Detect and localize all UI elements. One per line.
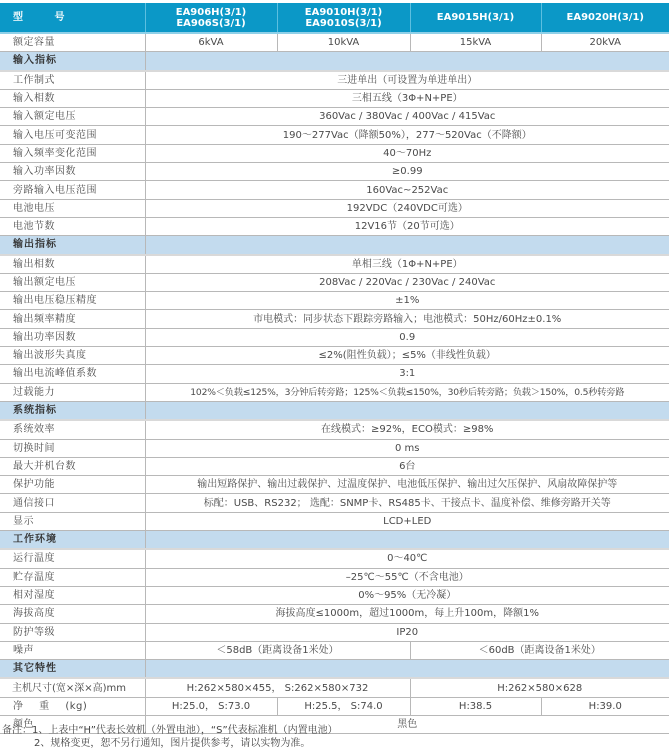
model-name: EA906H(3/1): [146, 7, 277, 18]
row-value: 6kVA: [145, 33, 277, 52]
model-col-2: EA9010H(3/1)EA9010S(3/1): [277, 3, 410, 33]
row-label: 工作制式: [0, 71, 145, 90]
row-value: 0 ms: [145, 439, 669, 457]
table-row: 噪声＜58dB（距离设备1米处）＜60dB（距离设备1米处）: [0, 641, 669, 659]
table-row: 系统效率在线模式：≥92%，ECO模式：≥98%: [0, 420, 669, 439]
table-row: 海拔高度海拔高度≤1000m，超过1000m，每上升100m，降额1%: [0, 605, 669, 623]
model-name: EA906S(3/1): [146, 18, 277, 29]
row-value: H:262×580×628: [410, 678, 669, 697]
row-label: 输出电压稳压精度: [0, 292, 145, 310]
row-label: 系统效率: [0, 420, 145, 439]
note-2: 2、规格变更，恕不另行通知，图片提供参考，请以实物为准。: [2, 737, 338, 749]
section-header: 工作环境: [0, 531, 669, 550]
section-header: 系统指标: [0, 401, 669, 420]
table-row: 输出功率因数0.9: [0, 328, 669, 346]
table-row: 输出电流峰值系数3:1: [0, 365, 669, 383]
row-value: 0～40℃: [145, 549, 669, 568]
row-label: 输入频率变化范围: [0, 144, 145, 162]
row-label: 保护功能: [0, 476, 145, 494]
row-value: ＜60dB（距离设备1米处）: [410, 641, 669, 659]
table-row: 输入功率因数≥0.99: [0, 163, 669, 181]
row-label: 切换时间: [0, 439, 145, 457]
section-fill: [145, 236, 669, 255]
row-value: LCD+LED: [145, 512, 669, 530]
table-row: 输出额定电压208Vac / 220Vac / 230Vac / 240Vac: [0, 273, 669, 291]
row-label: 运行温度: [0, 549, 145, 568]
section-header: 输出指标: [0, 236, 669, 255]
section-title: 其它特性: [0, 660, 145, 679]
section-title: 工作环境: [0, 531, 145, 550]
row-value: 市电模式：同步状态下跟踪旁路输入；电池模式：50Hz/60Hz±0.1%: [145, 310, 669, 328]
table-row: 输出电压稳压精度±1%: [0, 292, 669, 310]
row-label: 额定容量: [0, 33, 145, 52]
note-1: 备注：1、上表中“H”代表长效机（外置电池），“S”代表标准机（内置电池）: [2, 724, 338, 737]
row-value: IP20: [145, 623, 669, 641]
row-label: 通信接口: [0, 494, 145, 512]
table-row: 切换时间0 ms: [0, 439, 669, 457]
row-label: 输入相数: [0, 89, 145, 107]
table-row: 输入相数三相五线（3Φ+N+PE）: [0, 89, 669, 107]
section-fill: [145, 660, 669, 679]
row-value: 208Vac / 220Vac / 230Vac / 240Vac: [145, 273, 669, 291]
table-row: 旁路输入电压范围160Vac~252Vac: [0, 181, 669, 199]
row-value: 标配：USB、RS232； 选配：SNMP卡、RS485卡、干接点卡、温度补偿、…: [145, 494, 669, 512]
row-value: 6台: [145, 457, 669, 475]
row-value: 0%～95%（无冷凝）: [145, 586, 669, 604]
row-value: 190～277Vac（降额50%），277～520Vac（不降额）: [145, 126, 669, 144]
section-title: 输入指标: [0, 52, 145, 71]
model-name: EA9010H(3/1): [278, 7, 410, 18]
table-row: 电池节数12V16节（20节可选）: [0, 217, 669, 235]
row-value: 192VDC（240VDC可选）: [145, 199, 669, 217]
row-label: 过载能力: [0, 383, 145, 401]
row-value: 海拔高度≤1000m，超过1000m，每上升100m，降额1%: [145, 605, 669, 623]
row-label: 输入功率因数: [0, 163, 145, 181]
table-row: 通信接口标配：USB、RS232； 选配：SNMP卡、RS485卡、干接点卡、温…: [0, 494, 669, 512]
row-value: ≥0.99: [145, 163, 669, 181]
row-value: 40～70Hz: [145, 144, 669, 162]
row-label: 相对湿度: [0, 586, 145, 604]
row-value: H:39.0: [541, 697, 669, 715]
row-label: 输入电压可变范围: [0, 126, 145, 144]
table-row: 电池电压192VDC（240VDC可选）: [0, 199, 669, 217]
row-value: 102%＜负载≤125%，3分钟后转旁路；125%＜负载≤150%，30秒后转旁…: [145, 383, 669, 401]
row-label: 输出电流峰值系数: [0, 365, 145, 383]
table-row: 输出相数单相三线（1Φ+N+PE）: [0, 255, 669, 274]
section-header: 其它特性: [0, 660, 669, 679]
header-row: 型 号 EA906H(3/1)EA906S(3/1) EA9010H(3/1)E…: [0, 3, 669, 33]
table-row: 运行温度0～40℃: [0, 549, 669, 568]
row-label: 输出额定电压: [0, 273, 145, 291]
table-row: 贮存温度–25℃～55℃（不含电池）: [0, 568, 669, 586]
table-row: 保护功能输出短路保护、输出过载保护、过温度保护、电池低压保护、输出过欠压保护、风…: [0, 476, 669, 494]
row-value: 在线模式：≥92%，ECO模式：≥98%: [145, 420, 669, 439]
section-fill: [145, 401, 669, 420]
row-label: 输出功率因数: [0, 328, 145, 346]
row-value: 12V16节（20节可选）: [145, 217, 669, 235]
table-row: 显示LCD+LED: [0, 512, 669, 530]
model-name: EA9010S(3/1): [278, 18, 410, 29]
footnotes: 备注：1、上表中“H”代表长效机（外置电池），“S”代表标准机（内置电池） 2、…: [2, 724, 338, 749]
row-value: H:262×580×455， S:262×580×732: [145, 678, 410, 697]
model-col-3: EA9015H(3/1): [410, 3, 541, 33]
row-label: 主机尺寸(宽×深×高)mm: [0, 678, 145, 697]
row-label: 贮存温度: [0, 568, 145, 586]
row-value: 20kVA: [541, 33, 669, 52]
row-value: 0.9: [145, 328, 669, 346]
table-row: 最大并机台数6台: [0, 457, 669, 475]
row-value: 160Vac~252Vac: [145, 181, 669, 199]
model-col-1: EA906H(3/1)EA906S(3/1): [145, 3, 277, 33]
table-row: 输出波形失真度≤2%(阻性负载）；≤5%（非线性负载）: [0, 347, 669, 365]
row-value: 输出短路保护、输出过载保护、过温度保护、电池低压保护、输出过欠压保护、风扇故障保…: [145, 476, 669, 494]
row-label: 噪声: [0, 641, 145, 659]
row-label: 显示: [0, 512, 145, 530]
row-value: 360Vac / 380Vac / 400Vac / 415Vac: [145, 108, 669, 126]
section-title: 输出指标: [0, 236, 145, 255]
row-value: H:38.5: [410, 697, 541, 715]
table-row: 净 重 (kg)H:25.0， S:73.0H:25.5， S:74.0H:38…: [0, 697, 669, 715]
section-fill: [145, 531, 669, 550]
row-label: 电池电压: [0, 199, 145, 217]
table-row: 输入电压可变范围190～277Vac（降额50%），277～520Vac（不降额…: [0, 126, 669, 144]
section-fill: [145, 52, 669, 71]
model-col-4: EA9020H(3/1): [541, 3, 669, 33]
table-row: 过载能力102%＜负载≤125%，3分钟后转旁路；125%＜负载≤150%，30…: [0, 383, 669, 401]
table-row: 输入频率变化范围40～70Hz: [0, 144, 669, 162]
table-row: 工作制式三进单出（可设置为单进单出）: [0, 71, 669, 90]
table-row: 主机尺寸(宽×深×高)mmH:262×580×455， S:262×580×73…: [0, 678, 669, 697]
model-label: 型 号: [0, 3, 145, 33]
table-row: 输出频率精度市电模式：同步状态下跟踪旁路输入；电池模式：50Hz/60Hz±0.…: [0, 310, 669, 328]
row-value: H:25.0， S:73.0: [145, 697, 277, 715]
table-row: 防护等级IP20: [0, 623, 669, 641]
row-value: 三相五线（3Φ+N+PE）: [145, 89, 669, 107]
row-label: 电池节数: [0, 217, 145, 235]
section-header: 输入指标: [0, 52, 669, 71]
row-label: 防护等级: [0, 623, 145, 641]
row-value: 15kVA: [410, 33, 541, 52]
row-label: 输入额定电压: [0, 108, 145, 126]
row-label: 输出波形失真度: [0, 347, 145, 365]
row-label: 旁路输入电压范围: [0, 181, 145, 199]
spec-table: 型 号 EA906H(3/1)EA906S(3/1) EA9010H(3/1)E…: [0, 3, 669, 734]
row-value: 单相三线（1Φ+N+PE）: [145, 255, 669, 274]
row-value: H:25.5， S:74.0: [277, 697, 410, 715]
row-value: 10kVA: [277, 33, 410, 52]
row-value: ≤2%(阻性负载）；≤5%（非线性负载）: [145, 347, 669, 365]
row-value: –25℃～55℃（不含电池）: [145, 568, 669, 586]
row-label: 最大并机台数: [0, 457, 145, 475]
row-label: 净 重 (kg): [0, 697, 145, 715]
section-title: 系统指标: [0, 401, 145, 420]
row-value: 三进单出（可设置为单进单出）: [145, 71, 669, 90]
table-row: 输入额定电压360Vac / 380Vac / 400Vac / 415Vac: [0, 108, 669, 126]
row-value: ＜58dB（距离设备1米处）: [145, 641, 410, 659]
row-value: 3:1: [145, 365, 669, 383]
row-label: 输出频率精度: [0, 310, 145, 328]
table-row: 相对湿度0%～95%（无冷凝）: [0, 586, 669, 604]
row-value: ±1%: [145, 292, 669, 310]
row-label: 海拔高度: [0, 605, 145, 623]
table-row: 额定容量 6kVA 10kVA 15kVA 20kVA: [0, 33, 669, 52]
row-label: 输出相数: [0, 255, 145, 274]
